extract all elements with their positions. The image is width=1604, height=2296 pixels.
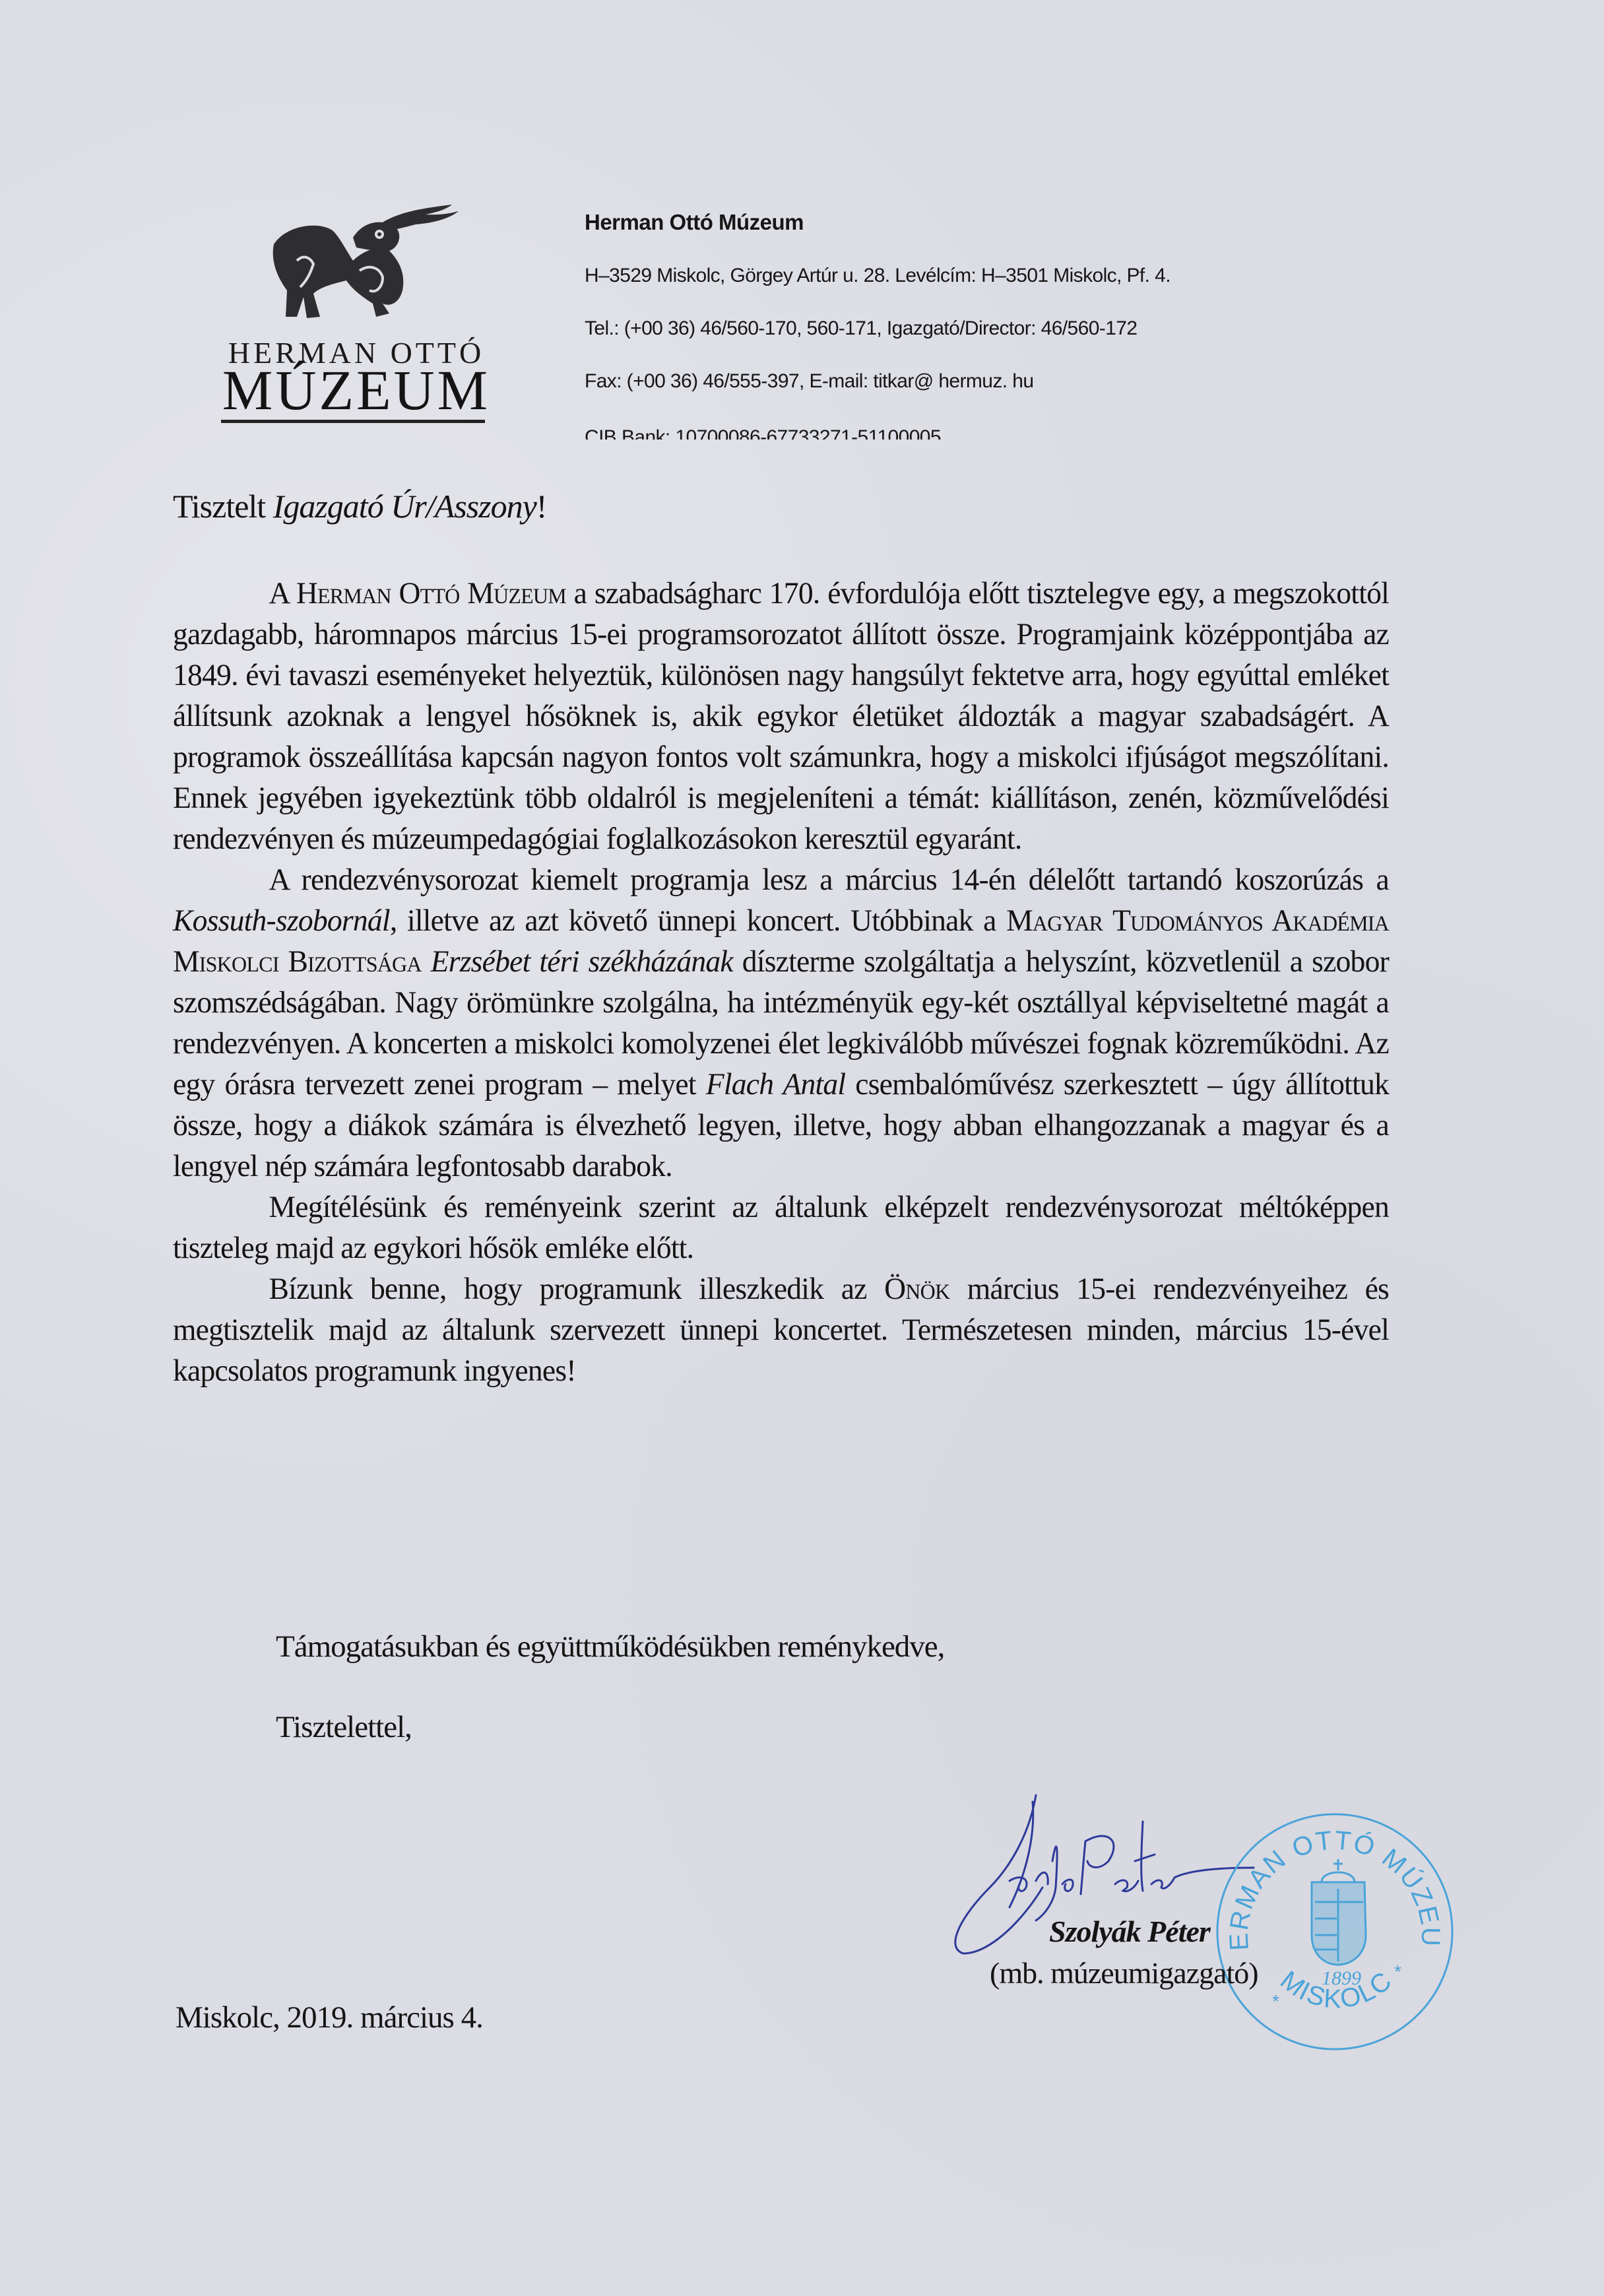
p1-text-b: a szabadságharc 170. évfordulója előtt t… [173, 576, 1389, 856]
letterhead: Herman Ottó Múzeum H–3529 Miskolc, Görge… [585, 210, 1171, 418]
letterhead-name: Herman Ottó Múzeum [585, 210, 1171, 242]
paragraph-2: A rendezvénysorozat kiemelt programja le… [173, 859, 1389, 1187]
paragraph-1: A Herman Ottó Múzeum a szabadságharc 170… [173, 573, 1389, 859]
p2-kossuth: Kossuth-szobornál [173, 903, 390, 938]
closing-line-2: Tisztelettel, [276, 1709, 412, 1745]
letter-body: A Herman Ottó Múzeum a szabadságharc 170… [173, 573, 1389, 1391]
signatory-name: Szolyák Péter [1049, 1914, 1210, 1949]
stamp-year: 1899 [1322, 1967, 1361, 1989]
p2-editor: Flach Antal [706, 1067, 846, 1101]
logo-underline [221, 420, 485, 423]
paragraph-3: Megítélésünk és reményeink szerint az ál… [173, 1187, 1389, 1268]
greeting-prefix: Tisztelt [173, 488, 273, 525]
letterhead-phone: Tel.: (+00 36) 46/560-170, 560-171, Igaz… [585, 313, 1171, 366]
p2-venue: Erzsébet téri székházának [431, 944, 733, 979]
closing-line-1: Támogatásukban és együttműködésükben rem… [276, 1629, 944, 1664]
svg-text:*: * [1394, 1961, 1401, 1982]
paragraph-4: Bízunk benne, hogy programunk illeszkedi… [173, 1268, 1389, 1391]
museum-logo: HERMAN OTTÓ MÚZEUM [221, 198, 492, 429]
greeting-suffix: ! [536, 488, 547, 525]
official-stamp: HERMAN OTTÓ MÚZEUM MISKOLC * * 1899 [1213, 1810, 1457, 2057]
p4-text-a: Bízunk benne, hogy programunk illeszkedi… [269, 1272, 885, 1306]
greeting: Tisztelt Igazgató Úr/Asszony! [173, 487, 546, 525]
signatory-title: (mb. múzeumigazgató) [990, 1955, 1258, 1990]
svg-text:*: * [1272, 1991, 1279, 2012]
p1-museum-name: Herman Ottó Múzeum [296, 576, 566, 610]
letterhead-bank: CIB Bank: 10700086-67733271-51100005 [585, 428, 1112, 440]
place-and-date: Miskolc, 2019. március 4. [176, 2000, 483, 2035]
letterhead-fax-email: Fax: (+00 36) 46/555-397, E-mail: titkar… [585, 366, 1171, 418]
p4-onok: Önök [884, 1272, 949, 1306]
logo-line-2: MÚZEUM [221, 362, 492, 418]
p1-text-a: A [269, 576, 296, 610]
p2-text-b: , illetve az azt követő ünnepi koncert. … [390, 903, 1006, 938]
stamp-seal-icon: HERMAN OTTÓ MÚZEUM MISKOLC * * 1899 [1213, 1810, 1457, 2054]
coat-of-arms-icon [1312, 1859, 1366, 1965]
p2-text-c [422, 944, 431, 979]
letterhead-address: H–3529 Miskolc, Görgey Artúr u. 28. Levé… [585, 260, 1171, 313]
letterhead-bank-clipped: CIB Bank: 10700086-67733271-51100005 [585, 428, 1112, 440]
greeting-addressee: Igazgató Úr/Asszony [273, 488, 536, 525]
p2-text-a: A rendezvénysorozat kiemelt programja le… [269, 863, 1390, 897]
stag-emblem-icon [247, 198, 472, 330]
